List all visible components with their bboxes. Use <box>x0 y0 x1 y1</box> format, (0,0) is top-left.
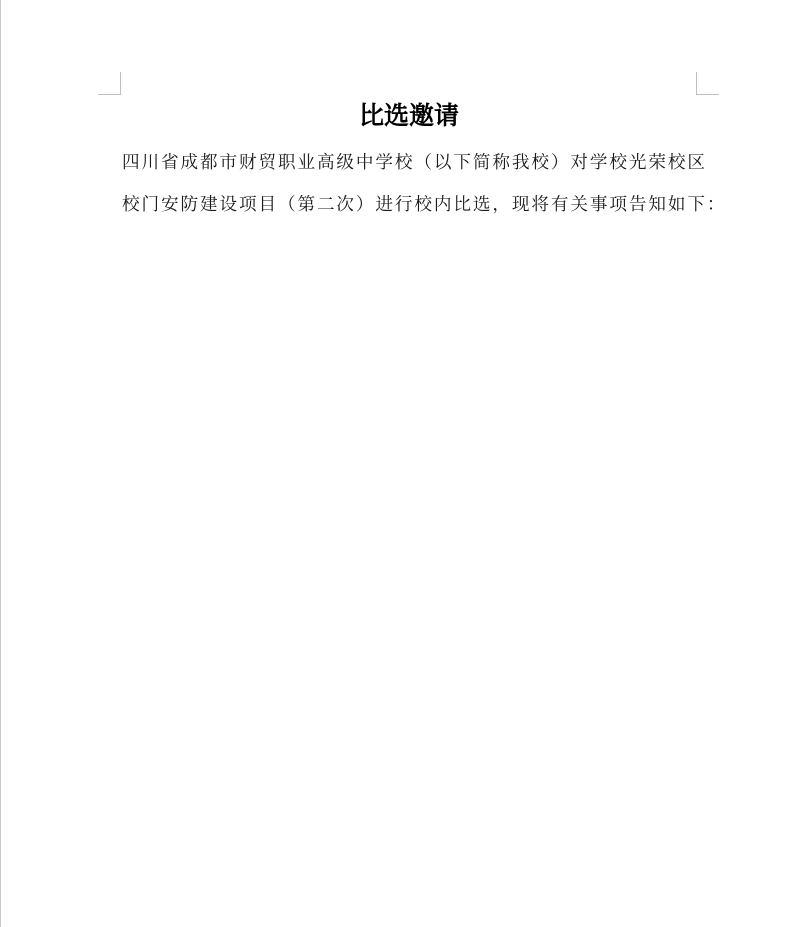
paragraph-line: 校门安防建设项目（第二次）进行校内比选，现将有关事项告知如下： <box>122 184 696 226</box>
document-body[interactable]: 比选邀请 四川省成都市财贸职业高级中学校（以下简称我校）对学校光荣校区 校门安防… <box>122 98 696 226</box>
paragraph-line: 四川省成都市财贸职业高级中学校（以下简称我校）对学校光荣校区 <box>122 142 696 184</box>
intro-paragraph: 四川省成都市财贸职业高级中学校（以下简称我校）对学校光荣校区 校门安防建设项目（… <box>122 142 696 226</box>
top-left-margin-mark <box>98 72 121 95</box>
document-page: 比选邀请 四川省成都市财贸职业高级中学校（以下简称我校）对学校光荣校区 校门安防… <box>0 0 794 927</box>
top-right-margin-mark <box>696 72 719 95</box>
document-title: 比选邀请 <box>122 98 696 134</box>
